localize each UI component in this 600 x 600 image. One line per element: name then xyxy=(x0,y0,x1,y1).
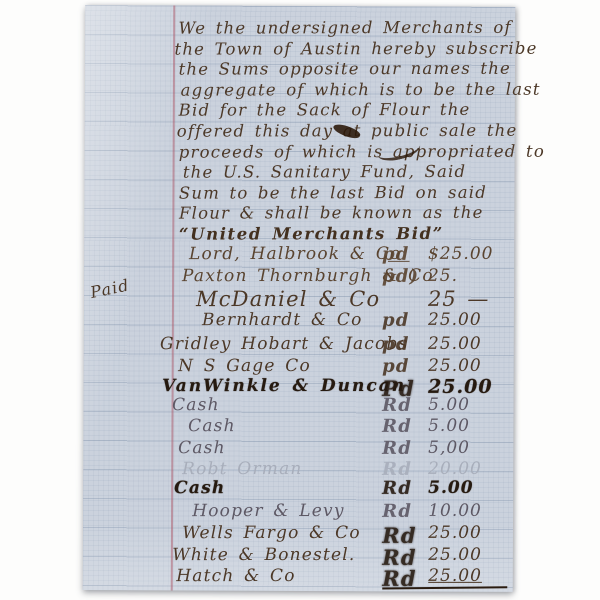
entry-paid-mark: Rd xyxy=(382,501,412,522)
entry-paid-mark: pd xyxy=(382,310,410,331)
entry-paid-mark: Rd xyxy=(382,416,412,437)
ledger-paper-sheet: Paid We the undersigned Merchants of the… xyxy=(83,5,516,592)
entry-name: Bernhardt & Co xyxy=(202,310,363,330)
entry-name: N S Gage Co xyxy=(178,356,311,376)
entry-name: Robt Orman xyxy=(182,459,302,479)
entry-paid-mark: pd xyxy=(382,334,410,355)
entry-amount: 25 — xyxy=(428,287,489,311)
entry-amount: 5.00 xyxy=(428,395,470,415)
entry-amount: 10.00 xyxy=(428,501,482,521)
entry-name: Cash xyxy=(178,438,226,458)
entry-paid-mark: Rd xyxy=(382,438,412,459)
entry-amount: 25.00 xyxy=(428,334,482,354)
entry-name: McDaniel & Co xyxy=(196,287,380,311)
entry-name: Lord, Halbrook & Co xyxy=(189,244,402,264)
entry-paid-mark: pd xyxy=(382,356,410,377)
entry-paid-mark: Rd xyxy=(382,459,412,480)
entry-amount: 5.00 xyxy=(428,478,473,498)
subscription-list: Lord, Halbrook & Co pd $25.00 Paxton Tho… xyxy=(84,6,515,591)
entry-name: Hooper & Levy xyxy=(192,501,344,521)
entry-amount: 25.00 xyxy=(428,310,482,330)
entry-amount: 25.00 xyxy=(428,523,482,543)
entry-amount: 25. xyxy=(428,266,458,286)
entry-amount: 20.00 xyxy=(428,459,482,479)
entry-amount: 25.00 xyxy=(428,566,482,586)
scanned-document-page: Paid We the undersigned Merchants of the… xyxy=(0,0,600,600)
entry-name: Wells Fargo & Co xyxy=(182,523,361,543)
entry-paid-mark: pd xyxy=(382,244,410,265)
entry-name: White & Bonestel. xyxy=(172,545,355,565)
entry-amount: 5,00 xyxy=(428,438,470,458)
entry-name: Hatch & Co xyxy=(176,566,295,586)
entry-amount: 5.00 xyxy=(428,416,470,436)
entry-name: Cash xyxy=(188,416,236,436)
total-underline-stroke xyxy=(382,586,507,589)
entry-name: Gridley Hobart & Jacobs xyxy=(160,334,408,354)
entry-paid-mark: Rd xyxy=(382,395,412,416)
entry-name: Cash xyxy=(174,478,225,498)
entry-paid-mark: Rd xyxy=(382,478,412,499)
entry-amount: 25.00 xyxy=(428,356,482,376)
entry-amount: $25.00 xyxy=(428,244,494,264)
entry-amount: 25.00 xyxy=(428,545,482,565)
entry-name: VanWinkle & Duncan xyxy=(162,376,406,396)
entry-paid-mark: pd) xyxy=(382,266,419,287)
entry-name: Cash xyxy=(172,395,220,415)
